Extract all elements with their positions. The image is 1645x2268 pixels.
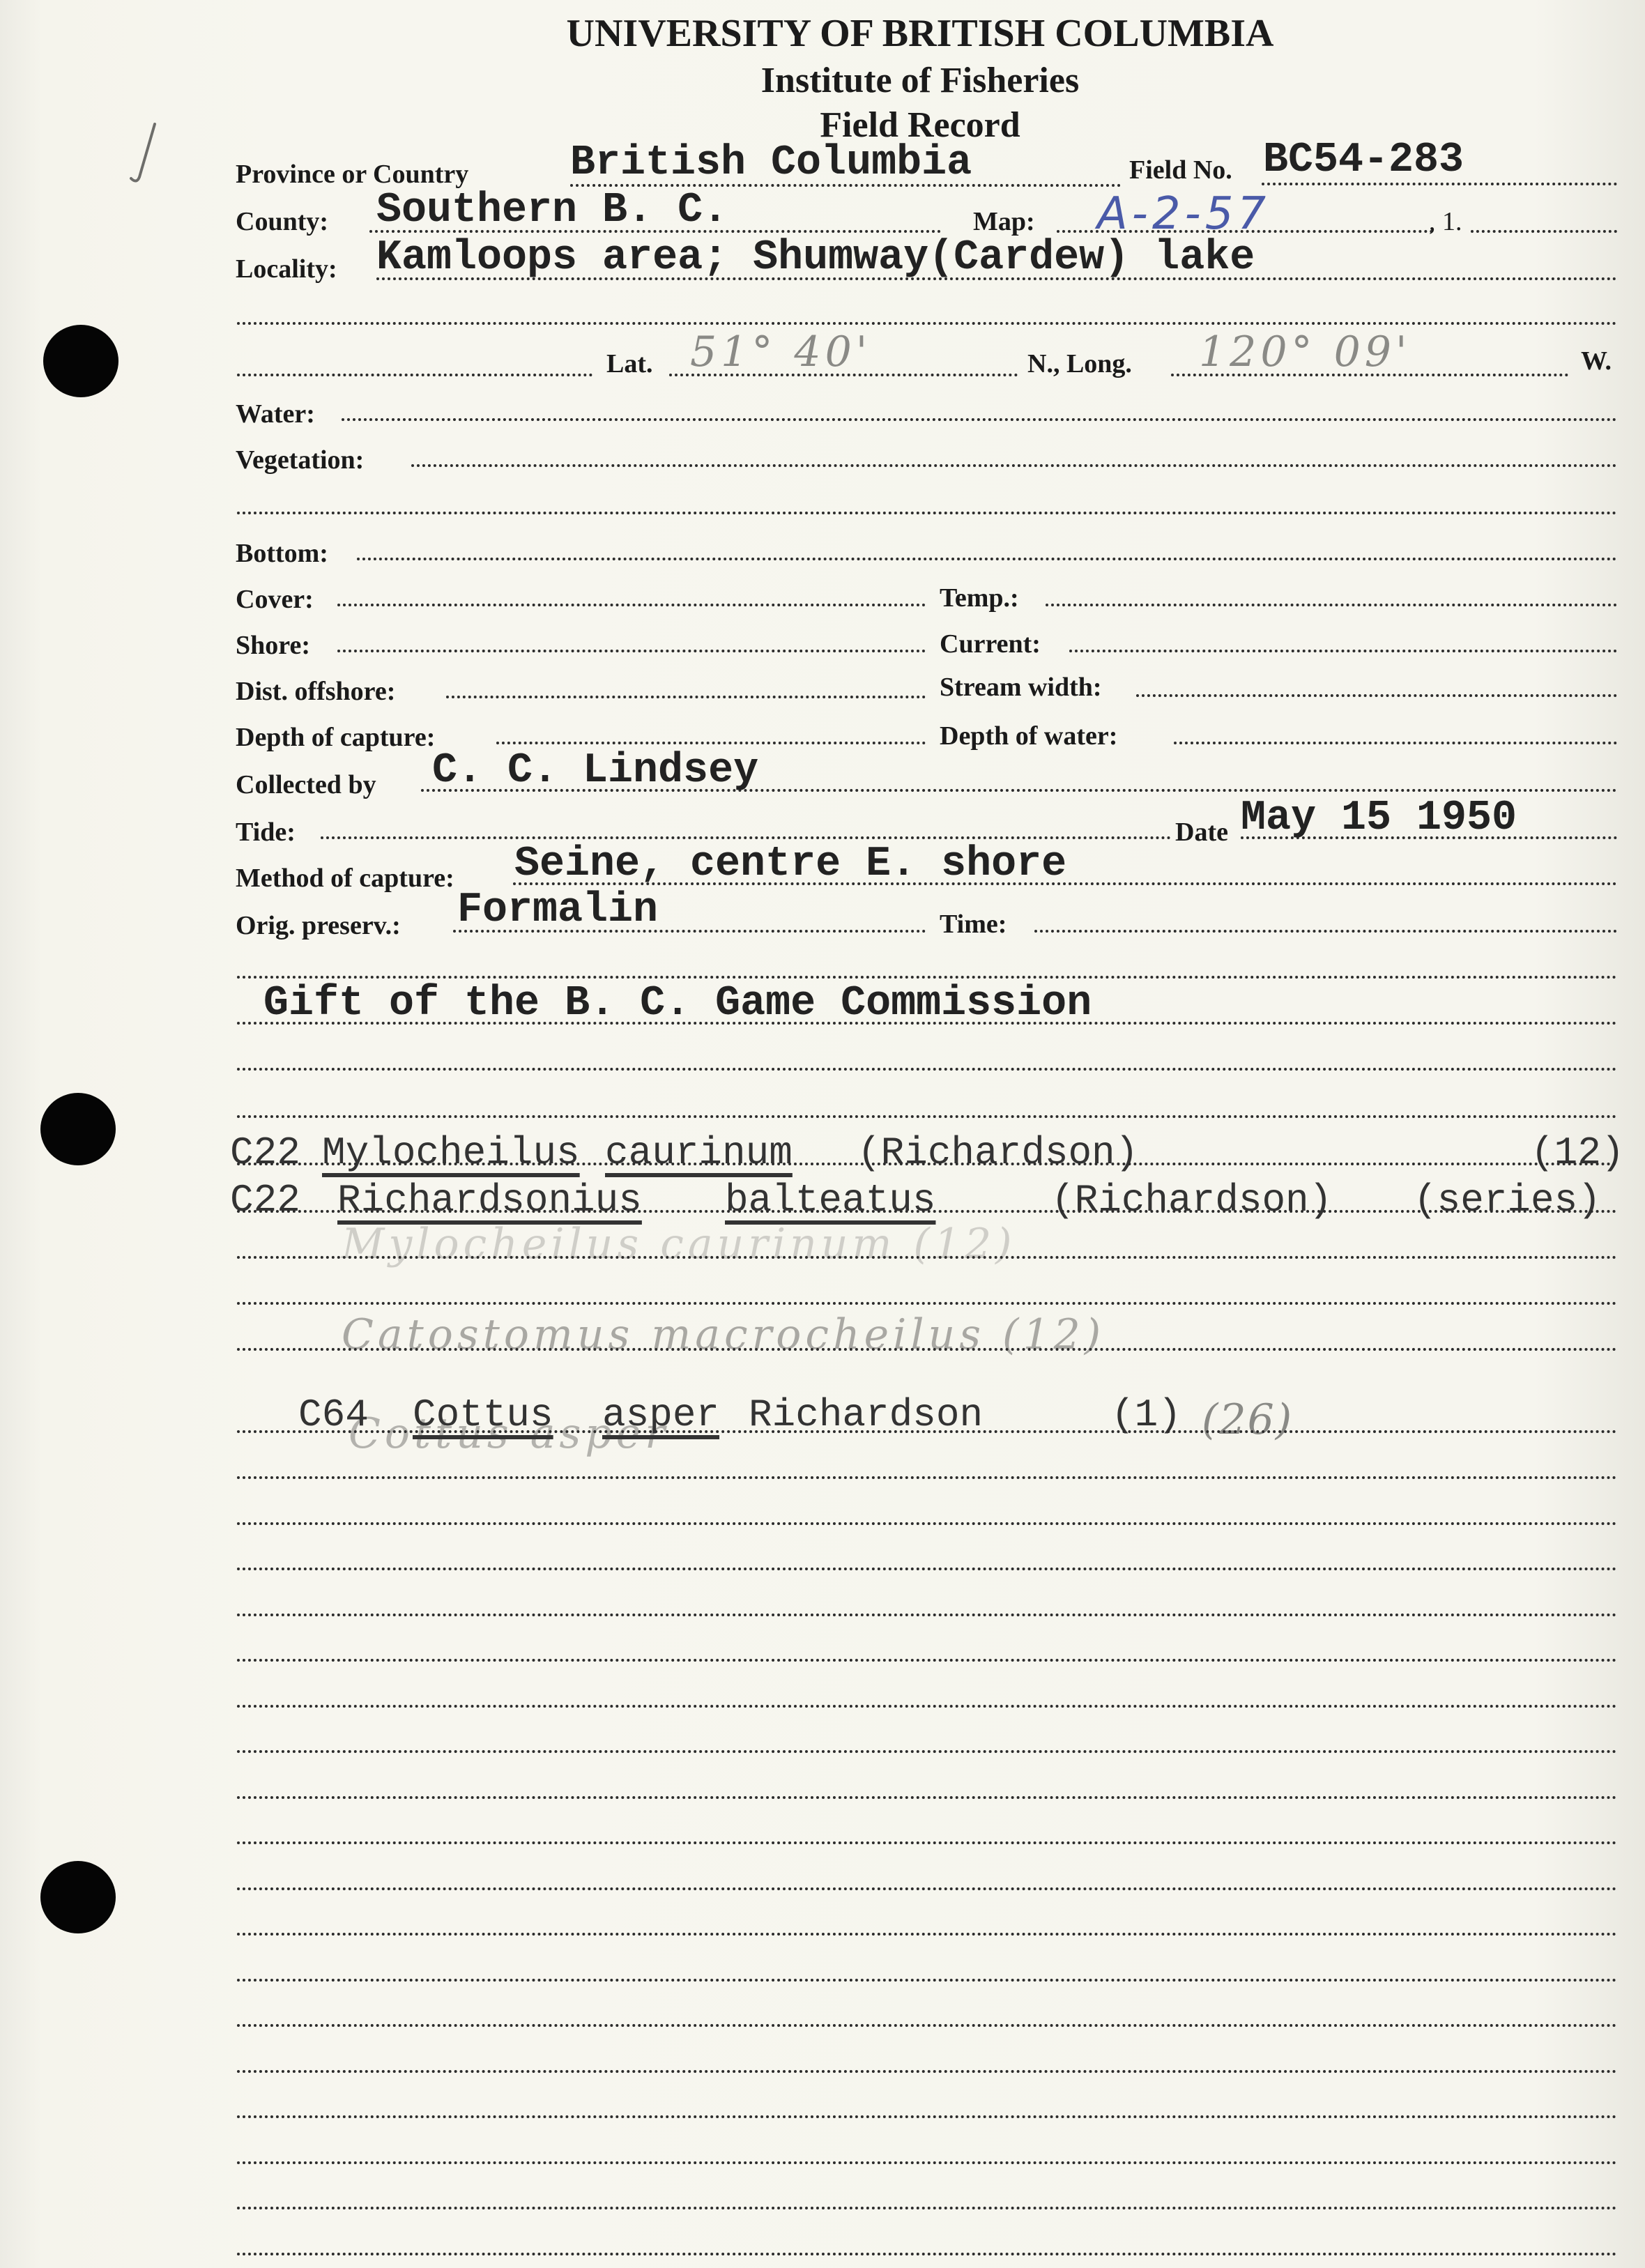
- species-pencil-count: (26): [1202, 1395, 1293, 1444]
- species-line-3: [237, 1256, 1617, 1259]
- water-line: [342, 418, 1617, 421]
- ruled-line: [237, 1568, 1617, 1570]
- species-count: (series): [1414, 1178, 1601, 1223]
- map-value[interactable]: A-2-57: [1097, 188, 1270, 240]
- bottom-line: [357, 558, 1617, 560]
- ruled-line: [237, 1841, 1617, 1844]
- stream-width-line: [1136, 694, 1617, 697]
- species-line-1: [237, 1163, 1617, 1165]
- gift-note: Gift of the B. C. Game Commission: [263, 980, 1092, 1027]
- lat-label: Lat.: [606, 348, 653, 379]
- long-value[interactable]: 120° 09': [1199, 328, 1411, 376]
- tide-label: Tide:: [236, 817, 296, 848]
- depth-water-line: [1174, 742, 1617, 744]
- ruled-line: [237, 1659, 1617, 1662]
- stream-width-label: Stream width:: [940, 672, 1102, 703]
- species-epithet: caurinum: [605, 1131, 793, 1175]
- species-authority: (Richardson): [1051, 1178, 1332, 1223]
- method-label: Method of capture:: [236, 863, 454, 894]
- ruled-line: [237, 1979, 1617, 1982]
- species-code: C22: [230, 1178, 300, 1223]
- ruled-line: [237, 2207, 1617, 2209]
- ruled-line: [237, 2253, 1617, 2255]
- ruled-line: [237, 1796, 1617, 1799]
- ruled-line: [237, 1705, 1617, 1708]
- species-genus: Mylocheilus: [322, 1131, 580, 1175]
- long-suffix: W.: [1581, 346, 1612, 376]
- species-line-4: [237, 1302, 1617, 1305]
- catostomus-pencil-note: Catostomus macrocheilus (12): [342, 1310, 1105, 1359]
- punch-hole-top: [43, 325, 118, 397]
- bottom-label: Bottom:: [236, 538, 328, 569]
- vegetation-label: Vegetation:: [236, 445, 364, 475]
- depth-water-label: Depth of water:: [940, 721, 1117, 751]
- county-value[interactable]: Southern B. C.: [376, 187, 728, 234]
- collected-by-value[interactable]: C. C. Lindsey: [432, 747, 758, 795]
- ruled-line: [237, 1933, 1617, 1936]
- ruled-line: [237, 2024, 1617, 2027]
- ruled-line: [237, 2070, 1617, 2073]
- cover-line: [337, 604, 926, 606]
- province-label: Province or Country: [236, 159, 468, 190]
- field-no-label: Field No.: [1129, 155, 1232, 185]
- department-title: Institute of Fisheries: [0, 60, 1645, 101]
- species-code: C22: [230, 1131, 300, 1175]
- map-label: Map:: [973, 206, 1035, 237]
- ruled-line: [237, 2161, 1617, 2164]
- erased-pencil-note: Mylocheilus caurinum (12): [342, 1220, 1016, 1269]
- current-label: Current:: [940, 629, 1041, 659]
- locality-label: Locality:: [236, 254, 337, 284]
- temp-line: [1046, 604, 1617, 606]
- depth-capture-line: [496, 742, 926, 744]
- species-genus: Richardsonius: [337, 1178, 642, 1223]
- time-line: [1034, 930, 1617, 933]
- note-line-3: [237, 1068, 1617, 1071]
- note-line-4: [237, 1115, 1617, 1118]
- map-suffix: , 1.: [1429, 206, 1462, 237]
- species-count: (12): [1531, 1131, 1624, 1175]
- collected-by-label: Collected by: [236, 769, 376, 800]
- species-line-6: [237, 1430, 1617, 1433]
- field-no-value[interactable]: BC54-283: [1263, 137, 1464, 184]
- date-label: Date: [1175, 817, 1228, 848]
- ruled-line: [237, 1614, 1617, 1616]
- ruled-line: [237, 1522, 1617, 1525]
- locality-line-2: [237, 322, 1617, 325]
- ruled-line: [237, 1887, 1617, 1890]
- dist-offshore-label: Dist. offshore:: [236, 676, 395, 707]
- method-value[interactable]: Seine, centre E. shore: [514, 841, 1066, 888]
- shore-line: [337, 650, 926, 652]
- province-value[interactable]: British Columbia: [570, 139, 972, 187]
- punch-hole-bottom: [40, 1861, 116, 1933]
- note-line-2: [237, 1022, 1617, 1025]
- depth-capture-label: Depth of capture:: [236, 722, 435, 753]
- cover-label: Cover:: [236, 584, 314, 615]
- map-line-2: [1471, 230, 1617, 233]
- shore-label: Shore:: [236, 630, 310, 661]
- vegetation-line-2: [237, 512, 1617, 514]
- lat-lead-line: [237, 374, 592, 376]
- orig-preserv-value[interactable]: Formalin: [457, 887, 658, 934]
- vegetation-line: [411, 464, 1617, 467]
- date-value[interactable]: May 15 1950: [1241, 795, 1517, 842]
- species-line-5: [237, 1348, 1617, 1351]
- species-line-2: [237, 1210, 1617, 1213]
- species-epithet: balteatus: [725, 1178, 935, 1223]
- long-label: N., Long.: [1027, 348, 1132, 379]
- ruled-line: [237, 2115, 1617, 2118]
- note-line-1: [237, 976, 1617, 979]
- ruled-line: [237, 1476, 1617, 1479]
- time-label: Time:: [940, 909, 1007, 940]
- water-label: Water:: [236, 399, 315, 429]
- locality-value[interactable]: Kamloops area; Shumway(Cardew) lake: [376, 234, 1255, 282]
- punch-hole-middle: [40, 1093, 116, 1165]
- current-line: [1069, 650, 1617, 652]
- lat-value[interactable]: 51° 40': [690, 328, 871, 376]
- county-label: County:: [236, 206, 328, 237]
- tide-line: [321, 836, 1171, 839]
- orig-preserv-label: Orig. preserv.:: [236, 910, 401, 941]
- species-authority: (Richardson): [857, 1131, 1138, 1175]
- temp-label: Temp.:: [940, 583, 1019, 613]
- dist-offshore-line: [446, 696, 926, 698]
- ruled-line: [237, 1750, 1617, 1753]
- institution-title: UNIVERSITY OF BRITISH COLUMBIA: [0, 11, 1645, 56]
